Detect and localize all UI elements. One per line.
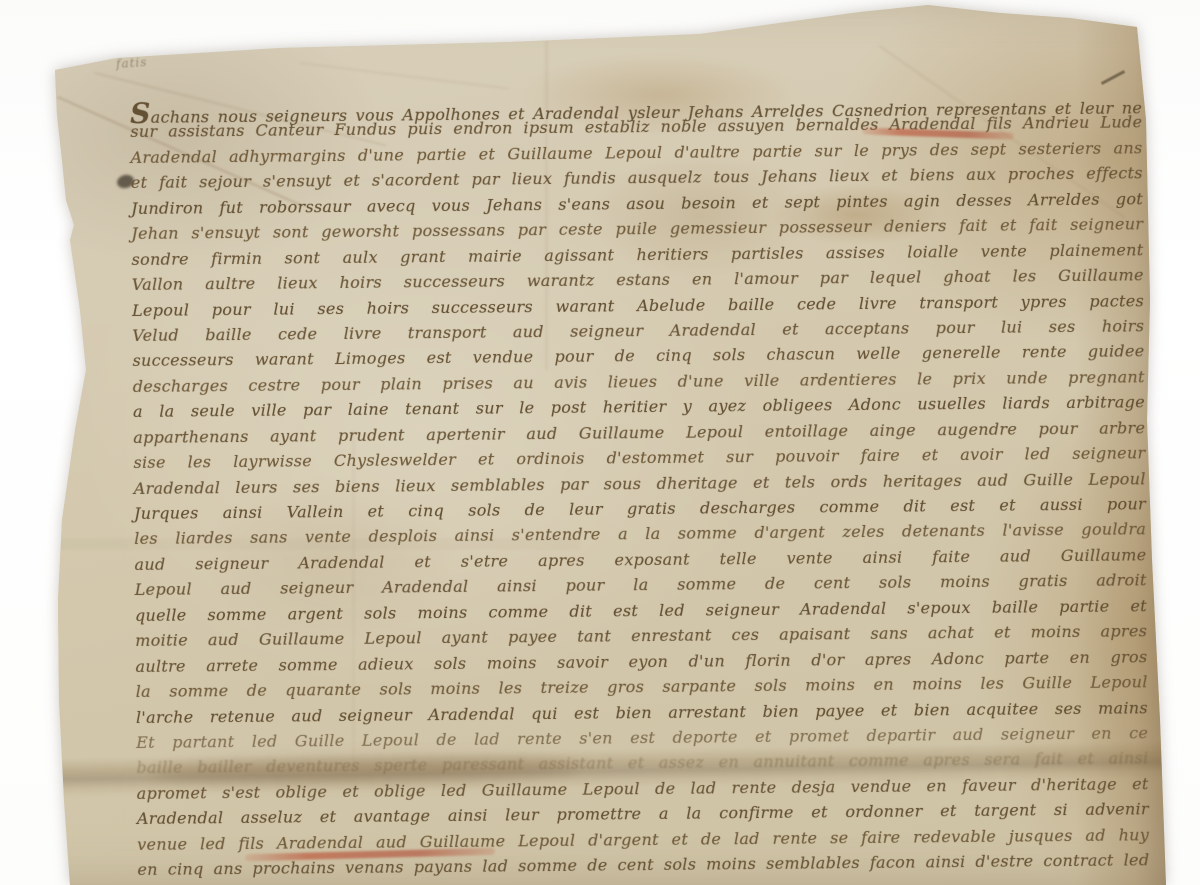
diagonal-crease [300, 62, 509, 90]
scanned-document: fatis Sachans nous seigneurs vous Appolh… [0, 0, 1200, 885]
marginal-annotation: fatis [116, 55, 148, 71]
parchment-shadow-wrap: fatis Sachans nous seigneurs vous Appolh… [0, 0, 1200, 885]
parchment-sheet: fatis Sachans nous seigneurs vous Appolh… [0, 0, 1200, 885]
